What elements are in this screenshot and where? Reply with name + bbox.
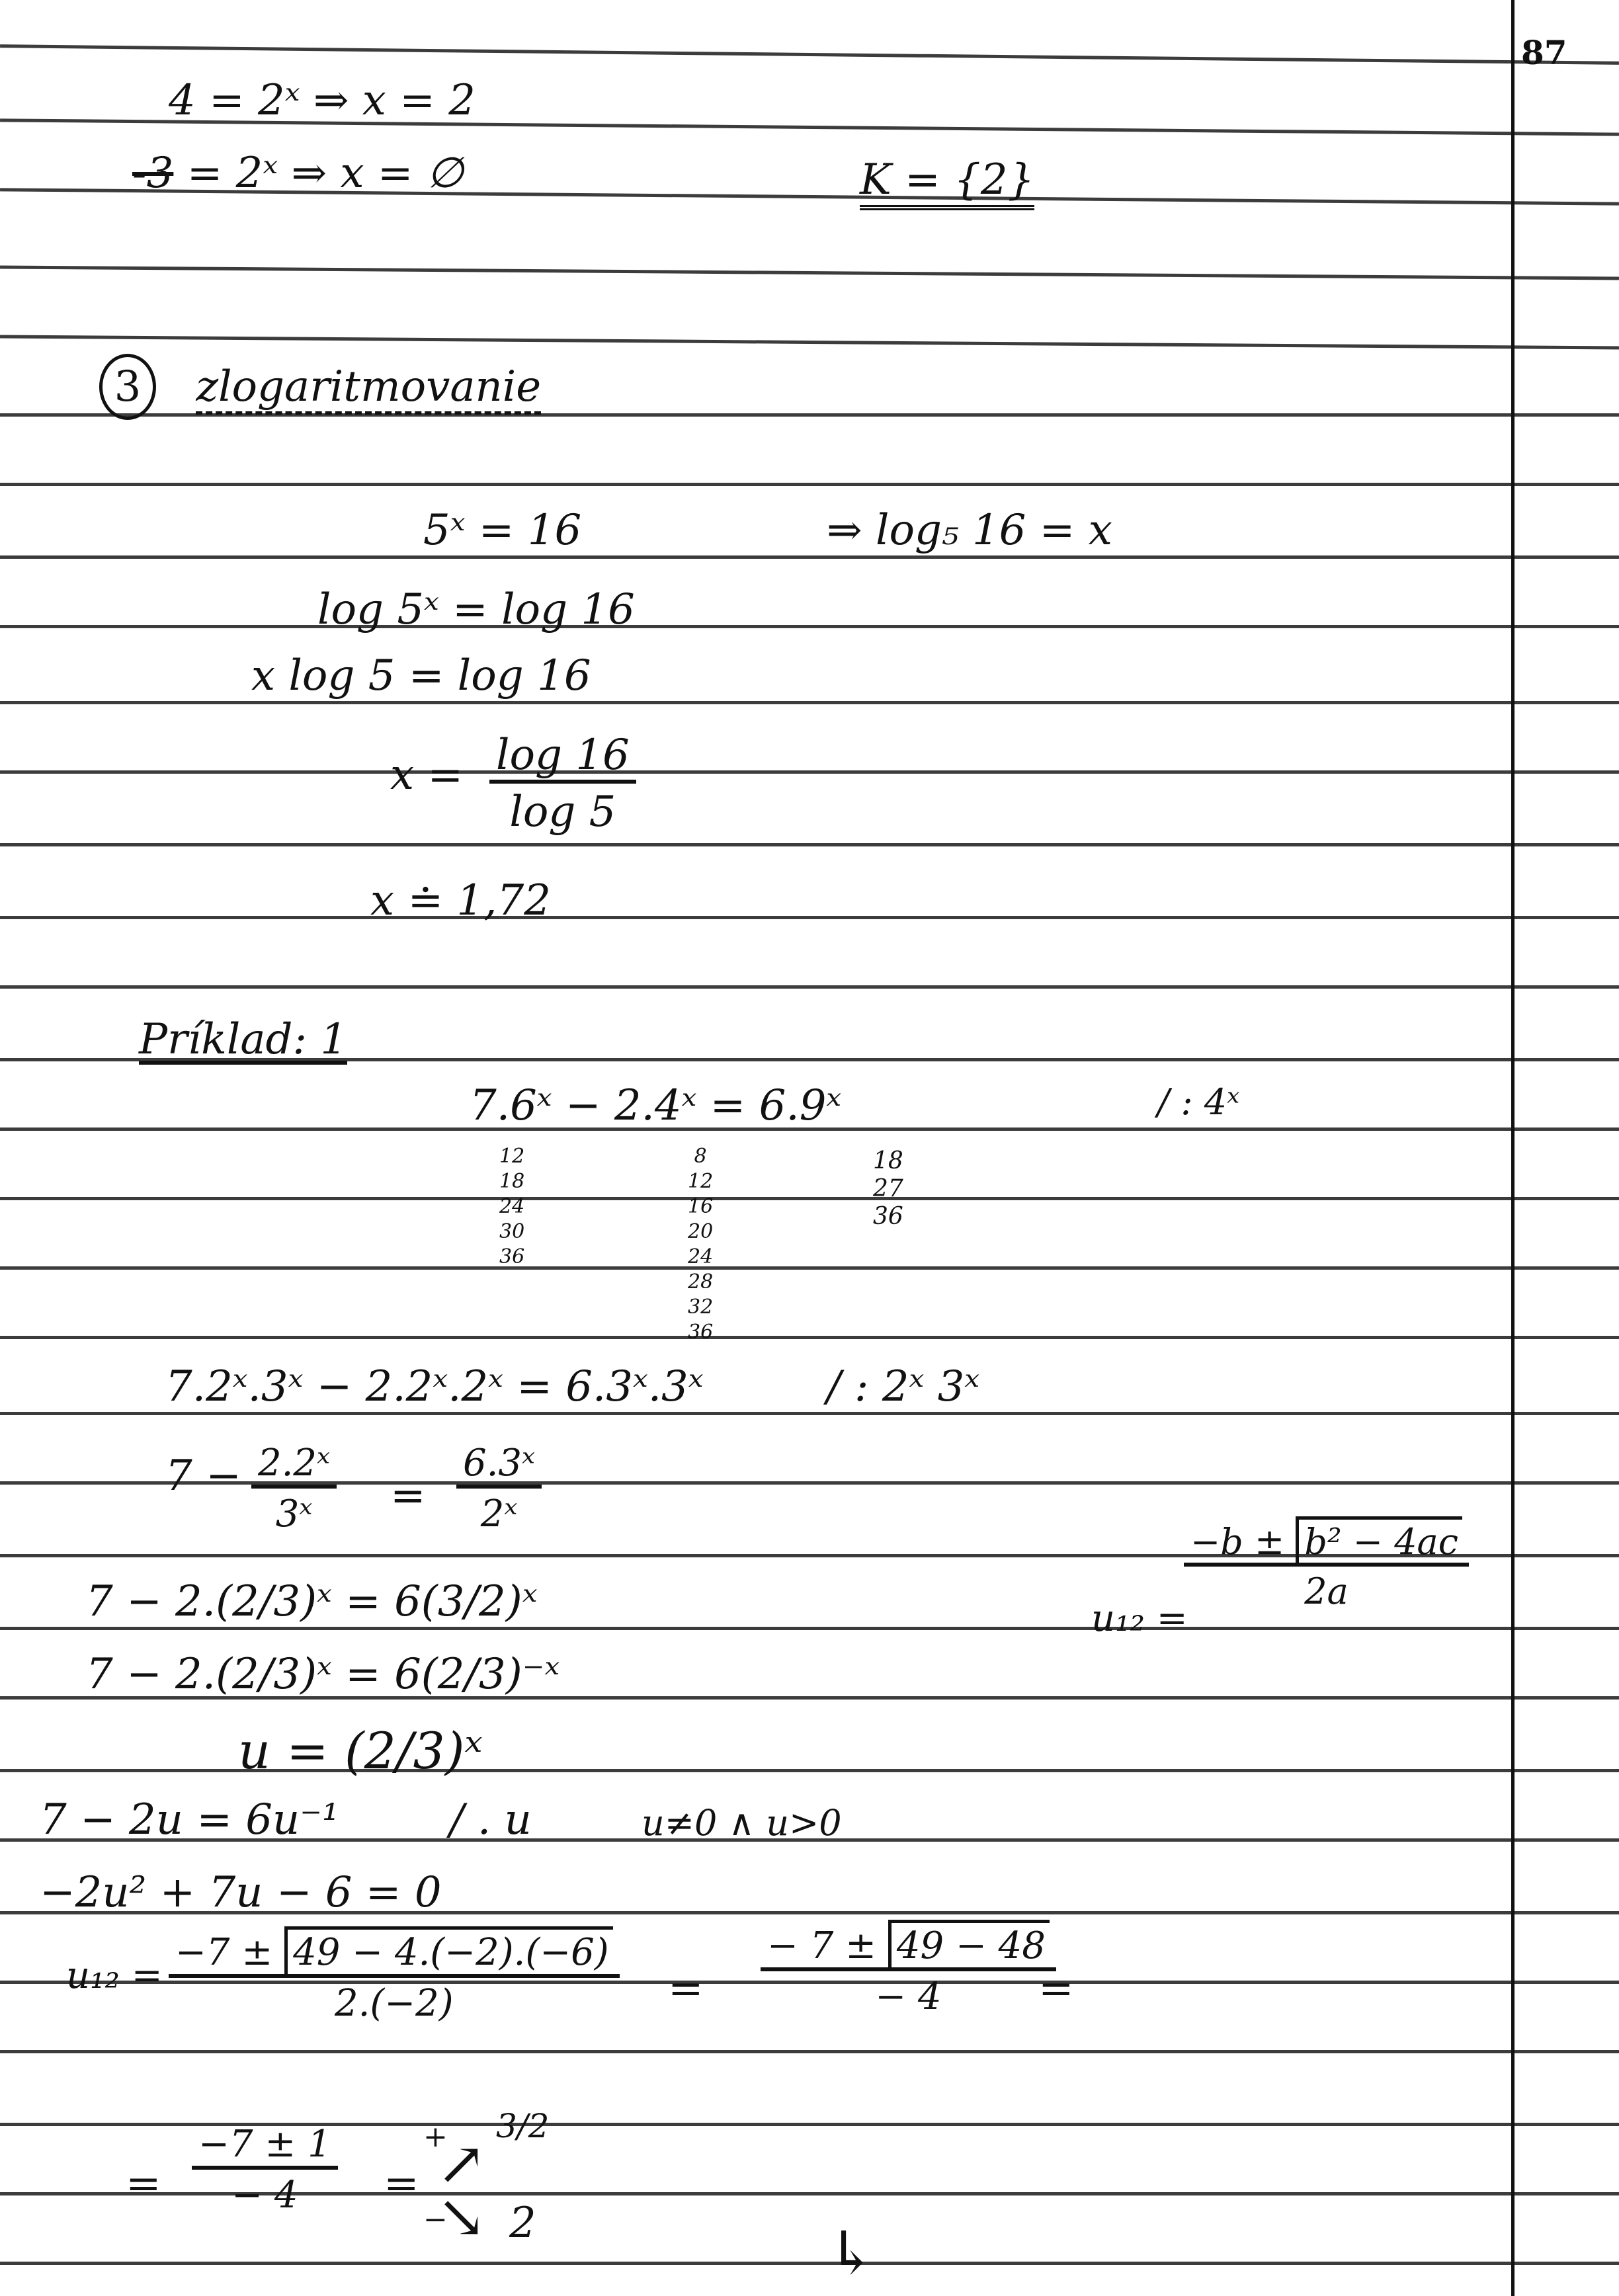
section-number: 3: [99, 354, 156, 420]
scratch-number: 24: [688, 1245, 713, 1270]
ruled-line: [0, 1336, 1619, 1339]
numerator: log 16: [489, 731, 636, 784]
ruled-line: [0, 44, 1619, 65]
denominator: log 5: [489, 784, 636, 837]
numerator: −7 ± 1: [192, 2123, 338, 2170]
eq-log-both: log 5ˣ = log 16: [317, 589, 635, 631]
scratch-number: 8: [688, 1144, 713, 1169]
ruled-line: [0, 625, 1619, 628]
margin-line: [1511, 0, 1515, 2296]
scratch-number: 32: [688, 1295, 713, 1320]
eq-divided-equals: =: [390, 1475, 426, 1517]
ruled-line: [0, 1266, 1619, 1270]
eq-main: 7.6ˣ − 2.4ˣ = 6.9ˣ: [470, 1085, 841, 1127]
example-label: Príklad: 1: [139, 1018, 347, 1065]
scratch-number: 36: [688, 1320, 713, 1345]
struck-value: -3: [132, 149, 173, 198]
denominator: − 4: [761, 1971, 1056, 2018]
root-2: 2: [509, 2202, 536, 2244]
substitution: u = (2/3)ˣ: [238, 1726, 483, 1776]
scratch-number: 12: [688, 1169, 713, 1194]
scratch-column-1: 1218243036: [499, 1144, 524, 1270]
top-line-2: -3 = 2ˣ ⇒ x = ∅: [132, 152, 464, 194]
final-equals: =: [126, 2162, 161, 2205]
eq-5x-16: 5ˣ = 16: [423, 509, 581, 552]
scratch-number: 12: [499, 1144, 524, 1169]
scratch-number: 20: [688, 1219, 713, 1245]
ruled-line: [0, 916, 1619, 919]
scratch-number: 16: [688, 1194, 713, 1219]
scratch-number: 36: [499, 1245, 524, 1270]
ruled-line: [0, 2262, 1619, 2265]
eq-factored-note: / : 2ˣ 3ˣ: [827, 1366, 979, 1408]
final-fraction: −7 ± 1 − 4: [192, 2123, 338, 2217]
eq-in-u: 7 − 2u = 6u⁻¹: [40, 1799, 339, 1841]
solution-equals-2: =: [668, 1967, 704, 2010]
minus-b-plus-minus: −b ±: [1190, 1521, 1284, 1563]
eq-ratio-1: 7 − 2.(2/3)ˣ = 6(3/2)ˣ: [86, 1580, 537, 1623]
fraction-log16-log5: log 16 log 5: [489, 731, 636, 837]
page-number: 87: [1521, 36, 1567, 69]
scratch-number: 36: [873, 1203, 903, 1231]
fraction-6-3x-2x: 6.3ˣ 2ˣ: [456, 1442, 542, 1536]
final-equals-2: =: [384, 2162, 419, 2205]
eq-x-approx: x ≐ 1,72: [370, 880, 551, 922]
scratch-number: 18: [873, 1147, 903, 1175]
branch-arrow-down-icon: ↘: [436, 2182, 486, 2252]
eq-x-equals: x =: [390, 754, 463, 796]
solution-fraction-2: − 7 ± 49 − 48 − 4: [761, 1924, 1056, 2018]
denominator: − 4: [192, 2170, 338, 2217]
scratch-number: 27: [873, 1175, 903, 1203]
minus-seven-plus-minus: − 7 ±: [767, 1924, 876, 1967]
solution-equals-3: =: [1038, 1967, 1074, 2010]
denominator: 2ˣ: [456, 1489, 542, 1536]
ruled-line: [0, 1627, 1619, 1630]
ruled-line: [0, 555, 1619, 559]
ruled-line: [0, 483, 1619, 486]
ruled-line: [0, 701, 1619, 704]
eq-in-u-note: / . u: [450, 1799, 532, 1841]
ruled-line: [0, 2050, 1619, 2053]
top-line-2-rest: = 2ˣ ⇒ x = ∅: [173, 149, 463, 198]
solution-fraction-1: −7 ± 49 − 4.(−2).(−6) 2.(−2): [169, 1931, 620, 2025]
formula-lhs: u₁₂ =: [1091, 1600, 1188, 1637]
discriminant-root: 49 − 48: [888, 1920, 1050, 1967]
eq-log-result: ⇒ log₅ 16 = x: [827, 509, 1112, 552]
section-heading: 3 zlogaritmovanie: [99, 354, 541, 420]
continue-arrow-icon: ↳: [827, 2219, 876, 2288]
denominator: 3ˣ: [251, 1489, 337, 1536]
scratch-column-2: 812162024283236: [688, 1144, 713, 1345]
numerator: −b ± b² − 4ac: [1184, 1521, 1469, 1567]
discriminant-root: 49 − 4.(−2).(−6): [284, 1926, 613, 1974]
eq-divided-lhs: 7 −: [165, 1455, 241, 1497]
eq-main-note: / : 4ˣ: [1157, 1085, 1239, 1120]
scratch-column-3: 182736: [873, 1147, 903, 1231]
eq-x-log5: x log 5 = log 16: [251, 655, 591, 697]
numerator: − 7 ± 49 − 48: [761, 1924, 1056, 1971]
ruled-line: [0, 770, 1619, 774]
eq-ratio-2: 7 − 2.(2/3)ˣ = 6(2/3)⁻ˣ: [86, 1653, 560, 1696]
solution-lhs: u₁₂ =: [66, 1957, 163, 1994]
scratch-number: 30: [499, 1219, 524, 1245]
eq-factored: 7.2ˣ.3ˣ − 2.2ˣ.2ˣ = 6.3ˣ.3ˣ: [165, 1366, 703, 1408]
denominator: 2a: [1184, 1567, 1469, 1612]
numerator: −7 ± 49 − 4.(−2).(−6): [169, 1931, 620, 1978]
ruled-line: [0, 335, 1619, 349]
solution-set: K = {2}: [860, 159, 1034, 210]
quadratic-equation: −2u² + 7u − 6 = 0: [40, 1871, 442, 1914]
discriminant-root: b² − 4ac: [1296, 1516, 1462, 1563]
condition: u≠0 ∧ u>0: [642, 1805, 842, 1841]
ruled-line: [0, 1412, 1619, 1415]
minus-seven-plus-minus: −7 ±: [175, 1931, 272, 1974]
quadratic-formula: −b ± b² − 4ac 2a: [1184, 1521, 1469, 1612]
ruled-line: [0, 1197, 1619, 1200]
section-title: zlogaritmovanie: [196, 362, 541, 415]
ruled-line: [0, 843, 1619, 846]
ruled-line: [0, 985, 1619, 989]
fraction-2-2x-3x: 2.2ˣ 3ˣ: [251, 1442, 337, 1536]
top-line-1: 4 = 2ˣ ⇒ x = 2: [169, 79, 476, 122]
scratch-number: 24: [499, 1194, 524, 1219]
scratch-number: 28: [688, 1270, 713, 1295]
denominator: 2.(−2): [169, 1978, 620, 2025]
ruled-line: [0, 265, 1619, 280]
ruled-line: [0, 1481, 1619, 1485]
root-1: 3/2: [496, 2110, 549, 2143]
numerator: 6.3ˣ: [456, 1442, 542, 1489]
numerator: 2.2ˣ: [251, 1442, 337, 1489]
scratch-number: 18: [499, 1169, 524, 1194]
